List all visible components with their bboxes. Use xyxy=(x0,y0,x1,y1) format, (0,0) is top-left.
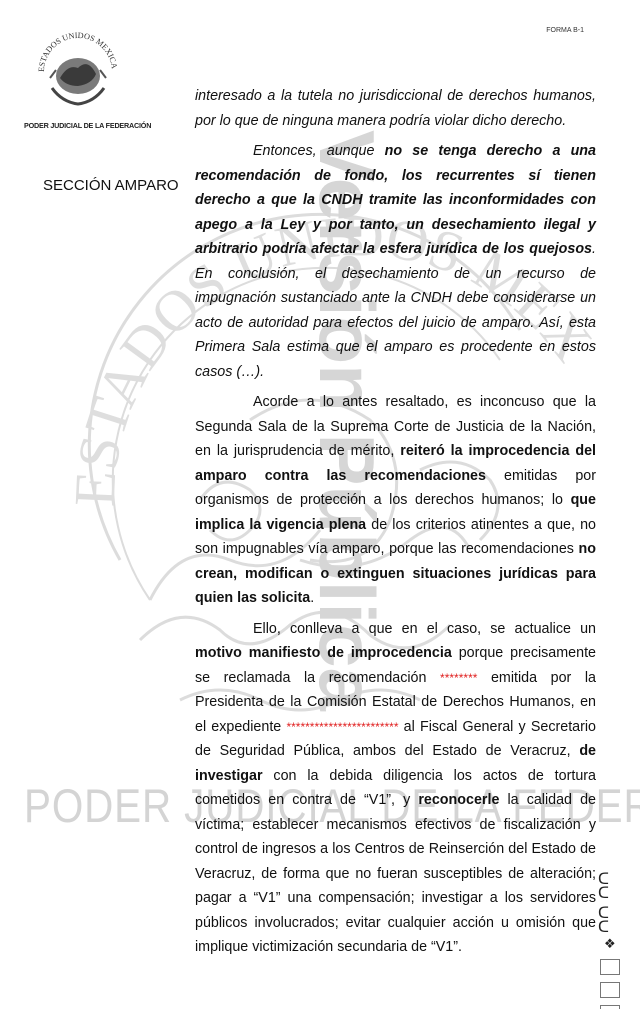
section-label: SECCIÓN AMPARO xyxy=(43,177,179,194)
text-segment: . xyxy=(310,590,314,606)
paragraph: interesado a la tutela no jurisdiccional… xyxy=(195,84,596,133)
text-segment: Ello, conlleva a que en el caso, se actu… xyxy=(253,621,596,637)
text-segment: la calidad de víctima; establecer mecani… xyxy=(195,792,596,955)
paragraph: Entonces, aunque no se tenga derecho a u… xyxy=(195,139,596,384)
empty-checkbox-icon xyxy=(600,959,620,975)
margin-marks: ᑕ ᑕ ᑕ ᑕ ❖ xyxy=(598,872,628,1009)
form-code: FORMA B-1 xyxy=(546,27,584,34)
document-body: interesado a la tutela no jurisdiccional… xyxy=(195,84,596,960)
text-segment: no se tenga derecho a una recomendación … xyxy=(195,143,596,257)
institution-name: PODER JUDICIAL DE LA FEDERACIÓN xyxy=(24,121,151,130)
diamond-mark-icon: ❖ xyxy=(604,938,628,952)
text-segment: reconocerle xyxy=(418,792,499,808)
margin-mark-icon: ᑕ xyxy=(598,886,628,900)
redacted-text: ******** xyxy=(440,671,477,685)
empty-checkbox-icon xyxy=(600,982,620,998)
text-segment: Entonces, aunque xyxy=(253,143,385,159)
text-segment: . En conclusión, el desechamiento de un … xyxy=(195,241,596,380)
paragraph: Ello, conlleva a que en el caso, se actu… xyxy=(195,617,596,960)
margin-mark-icon: ᑕ xyxy=(598,920,628,934)
paragraph: Acorde a lo antes resaltado, es inconcus… xyxy=(195,390,596,611)
empty-checkbox-icon xyxy=(600,1005,620,1009)
text-segment: interesado a la tutela no jurisdiccional… xyxy=(195,88,596,129)
national-seal-icon: ESTADOS UNIDOS MEXICANOS xyxy=(34,30,122,110)
text-segment: motivo manifiesto de improcedencia xyxy=(195,645,452,661)
redacted-text: ************************ xyxy=(286,720,398,734)
